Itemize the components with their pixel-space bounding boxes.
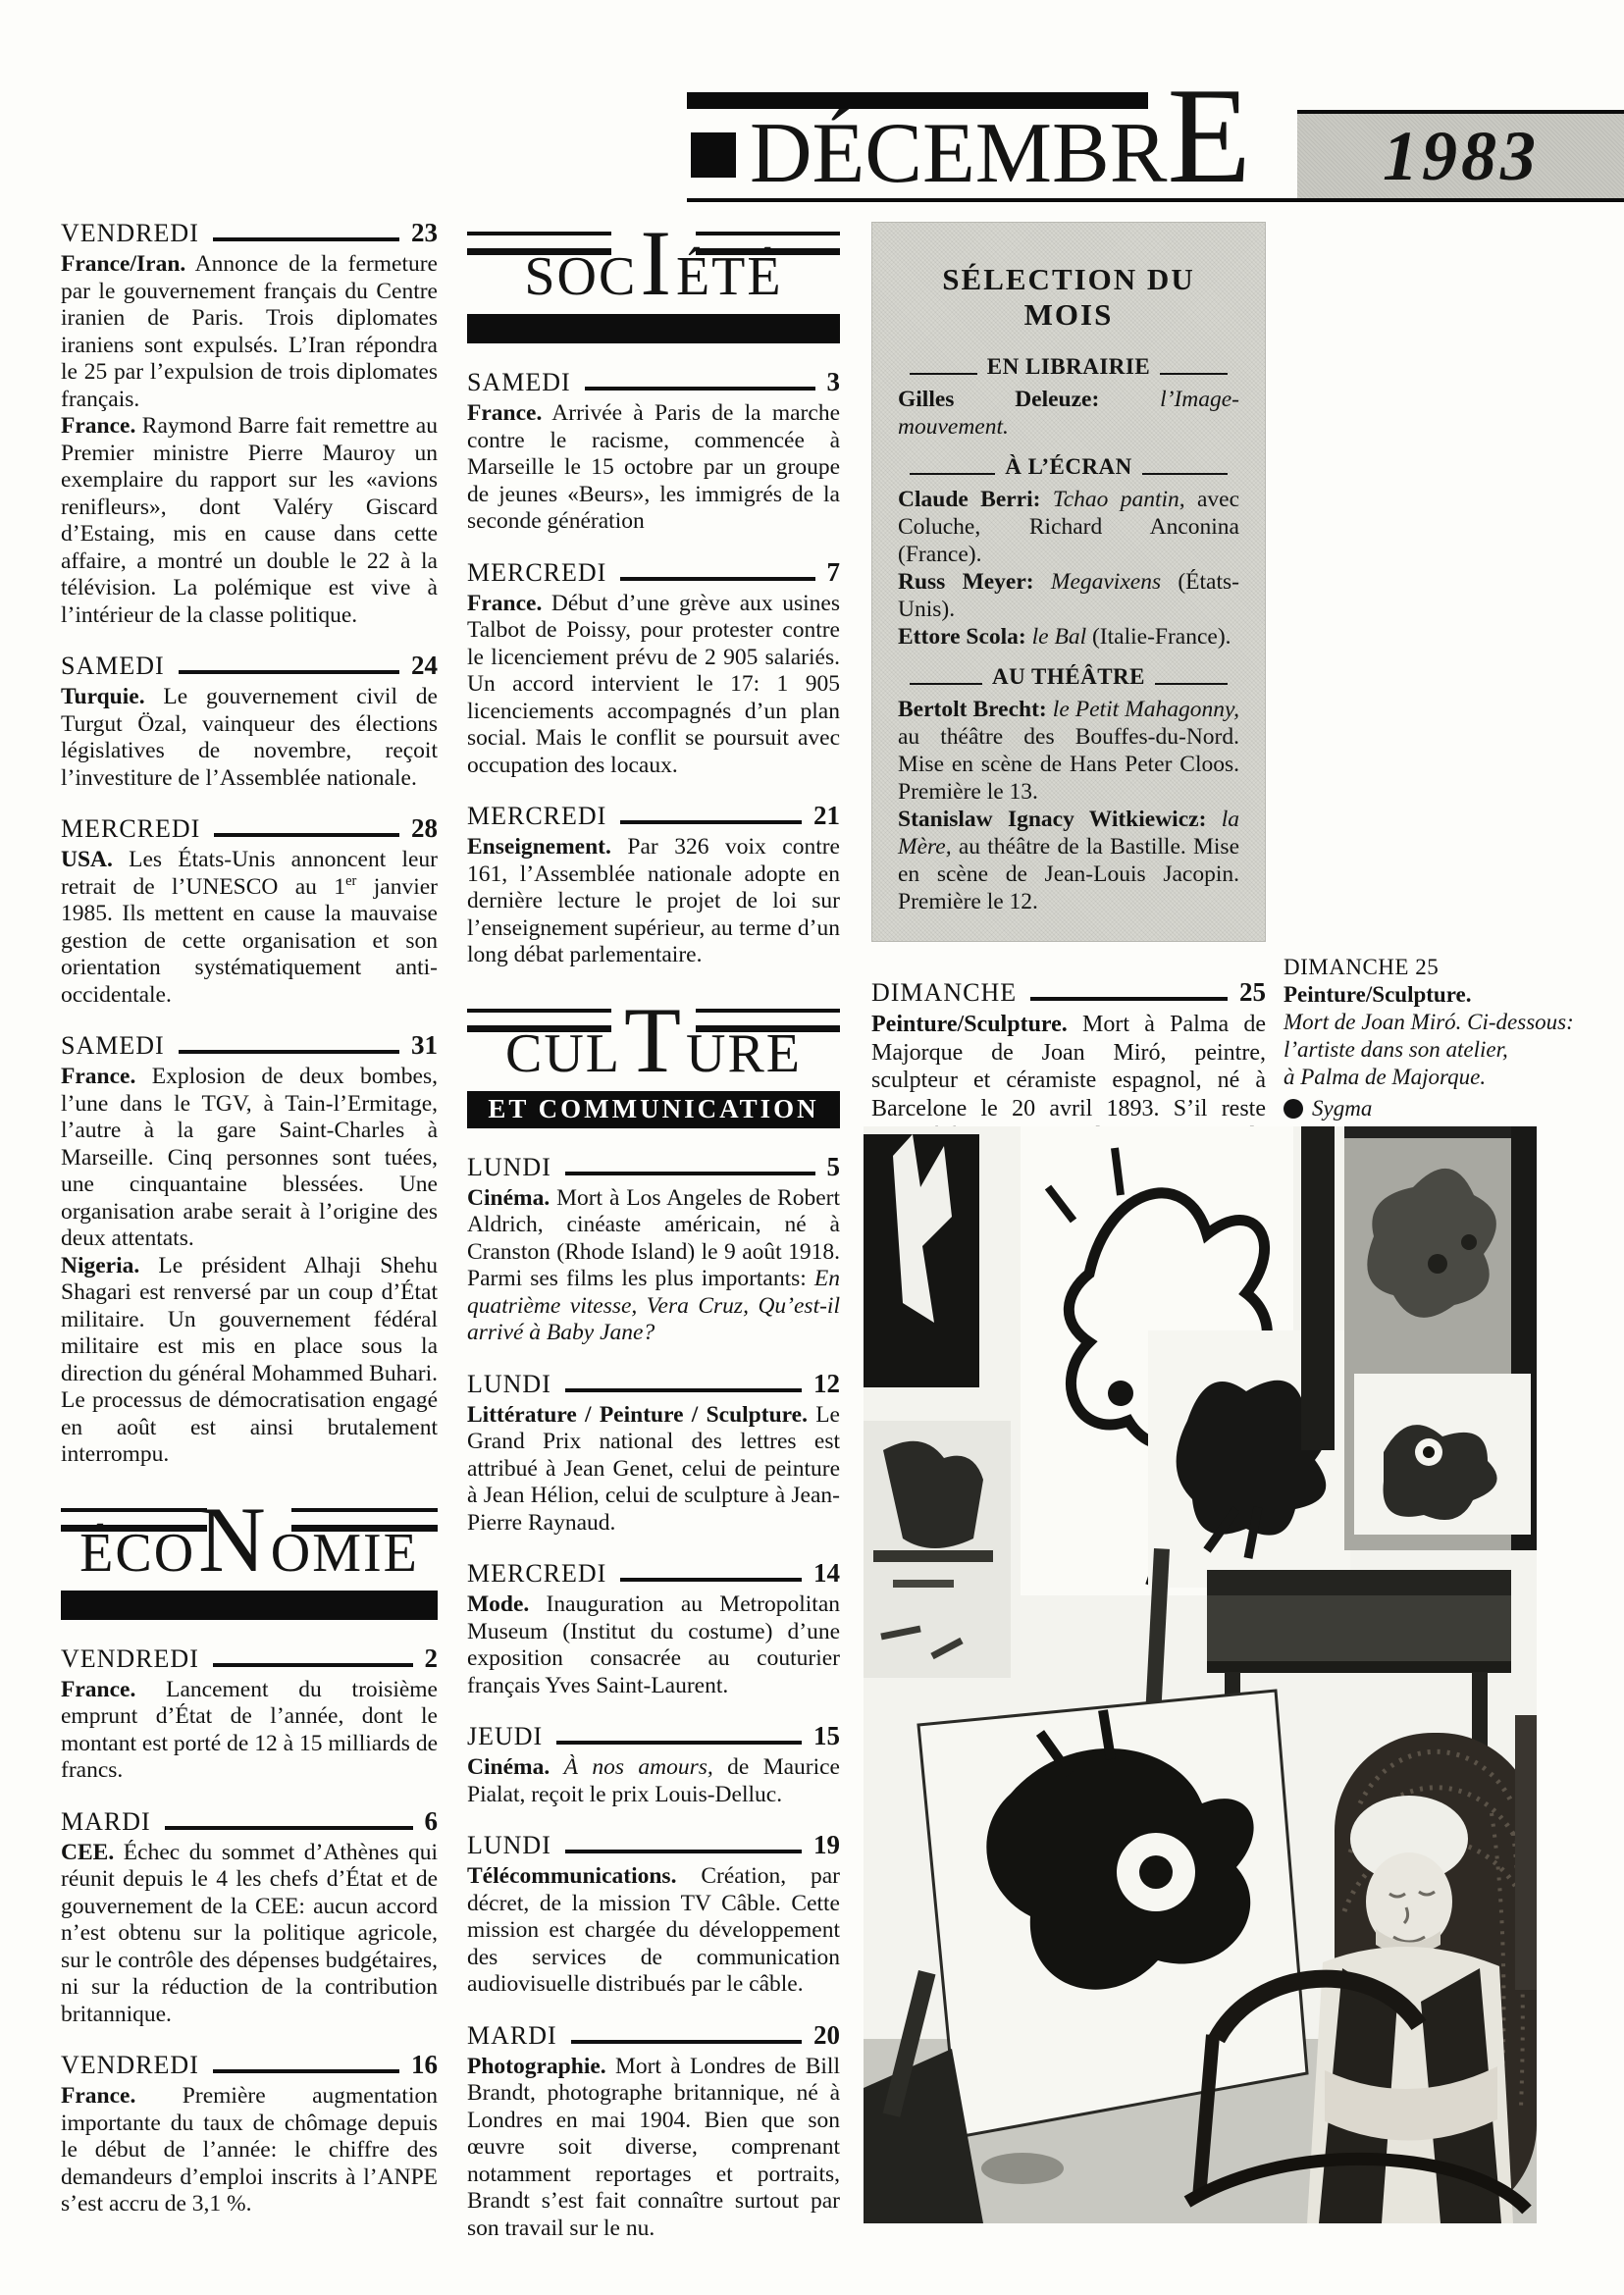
- section-header-societe: SOCIÉTÉ: [467, 222, 840, 343]
- entry-paragraph: Cinéma. Mort à Los Angeles de Robert Ald…: [467, 1185, 840, 1347]
- masthead-top-bar: [687, 92, 1148, 109]
- text-segment-bold: Cinéma.: [467, 1185, 550, 1211]
- selection-title: SÉLECTION DU MOIS: [898, 262, 1239, 333]
- entry-header: JEUDI15: [467, 1721, 840, 1751]
- section-black-bar: ET COMMUNICATION: [467, 1091, 840, 1128]
- entry-paragraph: Enseignement. Par 326 voix contre 161, l…: [467, 834, 840, 969]
- text-segment-bold: France.: [467, 591, 542, 616]
- caption-topic: Peinture/Sculpture.: [1283, 981, 1578, 1009]
- entry-mercredi-28: MERCREDI28USA. Les États-Unis annoncent …: [61, 813, 438, 1009]
- text-segment: Début d’une grève aux usines Talbot de P…: [467, 591, 840, 778]
- selection-group-heading: EN LIBRAIRIE: [900, 354, 1237, 380]
- entry-header: MERCREDI21: [467, 801, 840, 831]
- section-black-bar: [61, 1591, 438, 1620]
- selection-item: Bertolt Brecht: le Petit Mahagonny, au t…: [898, 696, 1239, 806]
- entry-day: MERCREDI: [467, 558, 606, 588]
- text-segment-bold: Claude Berri:: [898, 487, 1040, 512]
- entry-paragraph: Photographie. Mort à Londres de Bill Bra…: [467, 2054, 840, 2243]
- heading-rule-right: [1160, 373, 1228, 375]
- entry-number: 5: [827, 1152, 841, 1182]
- text-segment: Explosion de deux bombes, l’une dans le …: [61, 1064, 438, 1251]
- entry-rule: [165, 1826, 413, 1830]
- selection-group-title: AU THÉÂTRE: [992, 664, 1145, 690]
- entry-paragraph: France. Explosion de deux bombes, l’une …: [61, 1064, 438, 1253]
- entry-vendredi-2: VENDREDI2France. Lancement du troisième …: [61, 1643, 438, 1785]
- text-segment-bold: Photographie.: [467, 2054, 606, 2079]
- text-segment-italic: Tchao pantin,: [1040, 487, 1184, 512]
- caption-credit: Sygma: [1283, 1095, 1578, 1122]
- entry-number: 14: [813, 1558, 840, 1589]
- rule-right: [696, 232, 840, 255]
- month-big-letter: E: [1167, 60, 1251, 212]
- text-segment-bold: Enseignement.: [467, 834, 611, 860]
- section-header-economie: ÉCONOMIE: [61, 1498, 438, 1620]
- entry-header: LUNDI19: [467, 1830, 840, 1860]
- credit-name: Sygma: [1312, 1095, 1372, 1122]
- entry-header: MERCREDI14: [467, 1558, 840, 1589]
- entry-paragraph: Turquie. Le gouvernement civil de Turgut…: [61, 684, 438, 792]
- text-segment-sup: er: [345, 873, 356, 889]
- entry-lundi-5: LUNDI5Cinéma. Mort à Los Angeles de Robe…: [467, 1152, 840, 1347]
- entry-header: SAMEDI24: [61, 651, 438, 681]
- caption-line: l’artiste dans son atelier,: [1283, 1036, 1578, 1064]
- entry-header: VENDREDI2: [61, 1643, 438, 1674]
- entry-mardi-20: MARDI20Photographie. Mort à Londres de B…: [467, 2020, 840, 2243]
- entry-rule: [585, 387, 815, 391]
- year: 1983: [1383, 116, 1540, 197]
- text-segment-italic: le Petit Mahagonny,: [1047, 697, 1239, 722]
- entry-day: VENDREDI: [61, 2051, 199, 2080]
- entry-number: 16: [411, 2050, 438, 2080]
- entry-number: 28: [411, 813, 438, 844]
- text-segment-bold: France.: [61, 413, 135, 439]
- entry-day: MERCREDI: [467, 1559, 606, 1589]
- column-middle: SOCIÉTÉSAMEDI3France. Arrivée à Paris de…: [467, 218, 840, 2242]
- text-segment-bold: France.: [61, 1677, 135, 1702]
- black-square-icon: [691, 132, 736, 178]
- entry-paragraph: Nigeria. Le président Alhaji Shehu Shaga…: [61, 1253, 438, 1469]
- selection-item: Gilles Deleuze: l’Image-mouvement.: [898, 386, 1239, 441]
- selection-item: Stanislaw Ignacy Witkiewicz: la Mère, au…: [898, 806, 1239, 915]
- entry-number: 20: [813, 2020, 840, 2051]
- entry-mercredi-21: MERCREDI21Enseignement. Par 326 voix con…: [467, 801, 840, 969]
- entry-number: 31: [411, 1030, 438, 1061]
- heading-rule-right: [1155, 683, 1228, 685]
- year-strip: 1983: [1297, 110, 1624, 198]
- entry-rule: [620, 820, 802, 824]
- text-segment: Le président Alhaji Shehu Shagari est re…: [61, 1253, 438, 1468]
- entry-number: 21: [813, 801, 840, 831]
- entry-number: 7: [827, 557, 841, 588]
- text-segment: Échec du sommet d’Athènes qui réunit dep…: [61, 1840, 438, 2027]
- entry-paragraph: Télécommunications. Création, par décret…: [467, 1863, 840, 1999]
- entry-number: 25: [1239, 977, 1266, 1008]
- section-title-big-letter: N: [195, 1487, 271, 1591]
- text-segment-bold: Littérature / Peinture / Sculpture.: [467, 1402, 808, 1428]
- entry-day: MARDI: [61, 1807, 151, 1837]
- entry-number: 19: [813, 1830, 840, 1860]
- text-segment-bold: Peinture/Sculpture.: [871, 1012, 1068, 1037]
- entry-lundi-12: LUNDI12Littérature / Peinture / Sculptur…: [467, 1369, 840, 1538]
- section-title-post: URE: [686, 1023, 802, 1084]
- entry-day: VENDREDI: [61, 1644, 199, 1674]
- entry-rule: [179, 1050, 399, 1054]
- photo-caption: DIMANCHE 25 Peinture/Sculpture. Mort de …: [1283, 954, 1578, 1122]
- entry-paragraph: France. Lancement du troisième emprunt d…: [61, 1677, 438, 1785]
- entry-header: MERCREDI7: [467, 557, 840, 588]
- entry-vendredi-23: VENDREDI23France/Iran. Annonce de la fer…: [61, 218, 438, 629]
- section-title-post: ÉTÉ: [676, 246, 783, 307]
- entry-day: SAMEDI: [61, 652, 165, 681]
- text-segment-bold: Cinéma.: [467, 1754, 550, 1780]
- entry-rule: [214, 833, 399, 837]
- entry-number: 6: [425, 1806, 439, 1837]
- entry-number: 3: [827, 367, 841, 397]
- text-segment-bold: Nigeria.: [61, 1253, 139, 1278]
- text-segment-bold: Stanislaw Ignacy Witkiewicz:: [898, 807, 1206, 832]
- entry-day: SAMEDI: [467, 368, 571, 397]
- text-segment-italic: le Bal: [1026, 624, 1086, 650]
- text-segment: au théâtre des Bouffes-du-Nord. Mise en …: [898, 724, 1239, 805]
- text-segment-bold: France/Iran.: [61, 251, 185, 277]
- text-segment-bold: France.: [61, 1064, 135, 1089]
- entry-number: 15: [813, 1721, 840, 1751]
- entry-paragraph: France. Début d’une grève aux usines Tal…: [467, 591, 840, 780]
- entry-header: DIMANCHE25: [871, 977, 1266, 1008]
- entry-day: LUNDI: [467, 1153, 551, 1182]
- entry-header: MARDI20: [467, 2020, 840, 2051]
- text-segment-bold: France.: [467, 400, 542, 426]
- text-segment-bold: Bertolt Brecht:: [898, 697, 1047, 722]
- caption-lines: Mort de Joan Miró. Ci-dessous:l’artiste …: [1283, 1009, 1578, 1091]
- entry-mardi-6: MARDI6CEE. Échec du sommet d’Athènes qui…: [61, 1806, 438, 2029]
- entry-header: LUNDI12: [467, 1369, 840, 1399]
- entry-rule: [565, 1172, 815, 1175]
- entry-paragraph: USA. Les États-Unis annoncent leur retra…: [61, 847, 438, 1009]
- entry-header: VENDREDI23: [61, 218, 438, 248]
- selection-group-title: À L’ÉCRAN: [1005, 454, 1132, 480]
- selection-item: Ettore Scola: le Bal (Italie-France).: [898, 623, 1239, 651]
- text-segment: Raymond Barre fait remettre au Premier m…: [61, 413, 438, 628]
- almanac-page-december-1983: DÉCEMBRE 1983 VENDREDI23France/Iran. Ann…: [0, 0, 1624, 2295]
- entry-mercredi-14: MERCREDI14Mode. Inauguration au Metropol…: [467, 1558, 840, 1699]
- section-title-post: OMIE: [271, 1523, 419, 1584]
- text-segment-italic: À nos amours,: [550, 1754, 713, 1780]
- rule-right: [696, 1009, 840, 1032]
- masthead: DÉCEMBRE 1983: [687, 84, 1624, 202]
- entry-rule: [571, 2040, 802, 2044]
- entry-samedi-3: SAMEDI3France. Arrivée à Paris de la mar…: [467, 367, 840, 536]
- rule-left: [467, 1009, 611, 1032]
- section-header-culture: CULTUREET COMMUNICATION: [467, 999, 840, 1128]
- entry-paragraph: France. Première augmentation importante…: [61, 2083, 438, 2218]
- entry-paragraph: France/Iran. Annonce de la fermeture par…: [61, 251, 438, 413]
- entry-rule: [213, 1663, 413, 1667]
- entry-rule: [565, 1388, 802, 1392]
- heading-rule-left: [910, 683, 982, 685]
- section-title-pre: CUL: [505, 1023, 621, 1084]
- rule-right: [291, 1508, 438, 1532]
- text-segment: Mort à Londres de Bill Brandt, photograp…: [467, 2054, 840, 2241]
- entry-lundi-19: LUNDI19Télécommunications. Création, par…: [467, 1830, 840, 1999]
- column-left: VENDREDI23France/Iran. Annonce de la fer…: [61, 218, 438, 2218]
- selection-group-heading: AU THÉÂTRE: [900, 664, 1237, 690]
- entry-rule: [213, 2069, 399, 2073]
- entry-day: LUNDI: [467, 1831, 551, 1860]
- entry-header: VENDREDI16: [61, 2050, 438, 2080]
- entry-rule: [556, 1741, 802, 1745]
- bullet-icon: [1283, 1099, 1303, 1119]
- text-segment-bold: USA.: [61, 847, 113, 872]
- entry-day: VENDREDI: [61, 219, 199, 248]
- caption-line: Mort de Joan Miró. Ci-dessous:: [1283, 1009, 1578, 1036]
- entry-day: LUNDI: [467, 1370, 551, 1399]
- entry-number: 23: [411, 218, 438, 248]
- entry-rule: [213, 237, 399, 241]
- entry-header: SAMEDI31: [61, 1030, 438, 1061]
- section-title-big-letter: I: [637, 211, 676, 315]
- section-subtitle: ET COMMUNICATION: [488, 1094, 818, 1124]
- selection-item: Russ Meyer: Megavixens (États-Unis).: [898, 568, 1239, 623]
- section-black-bar: [467, 314, 840, 343]
- caption-line: à Palma de Majorque.: [1283, 1064, 1578, 1091]
- entry-number: 12: [813, 1369, 840, 1399]
- entry-day: MARDI: [467, 2021, 557, 2051]
- heading-rule-right: [1142, 473, 1228, 475]
- text-segment-bold: CEE.: [61, 1840, 114, 1865]
- entry-header: LUNDI5: [467, 1152, 840, 1182]
- selection-group-title: EN LIBRAIRIE: [987, 354, 1150, 380]
- month-name: DÉCEMBR: [750, 106, 1167, 201]
- text-segment-bold: Turquie.: [61, 684, 145, 709]
- entry-day: MERCREDI: [467, 802, 606, 831]
- selection-item: Claude Berri: Tchao pantin, avec Coluche…: [898, 486, 1239, 568]
- entry-number: 2: [425, 1643, 439, 1674]
- entry-paragraph: France. Raymond Barre fait remettre au P…: [61, 413, 438, 629]
- text-segment-bold: France.: [61, 2083, 135, 2109]
- selection-du-mois-box: SÉLECTION DU MOISEN LIBRAIRIEGilles Dele…: [871, 222, 1266, 942]
- entry-paragraph: Cinéma. À nos amours, de Maurice Pialat,…: [467, 1754, 840, 1808]
- text-segment-italic: Megavixens: [1034, 569, 1161, 595]
- text-segment-bold: Gilles Deleuze:: [898, 387, 1099, 412]
- text-segment: (Italie-France).: [1086, 624, 1231, 650]
- masthead-month-block: DÉCEMBRE: [687, 84, 1297, 198]
- text-segment-bold: Ettore Scola:: [898, 624, 1026, 650]
- entry-vendredi-16: VENDREDI16France. Première augmentation …: [61, 2050, 438, 2218]
- entry-rule: [620, 1578, 802, 1582]
- text-segment-bold: Télécommunications.: [467, 1863, 676, 1889]
- entry-rule: [179, 670, 399, 674]
- entry-number: 24: [411, 651, 438, 681]
- entry-samedi-24: SAMEDI24Turquie. Le gouvernement civil d…: [61, 651, 438, 792]
- entry-day: JEUDI: [467, 1722, 543, 1751]
- entry-samedi-31: SAMEDI31France. Explosion de deux bombes…: [61, 1030, 438, 1469]
- entry-jeudi-15: JEUDI15Cinéma. À nos amours, de Maurice …: [467, 1721, 840, 1808]
- entry-day: SAMEDI: [61, 1031, 165, 1061]
- text-segment-bold: Russ Meyer:: [898, 569, 1034, 595]
- entry-day: DIMANCHE: [871, 978, 1017, 1008]
- rule-left: [61, 1508, 207, 1532]
- section-title-pre: SOC: [524, 246, 637, 307]
- entry-paragraph: Mode. Inauguration au Metropolitan Museu…: [467, 1591, 840, 1699]
- entry-day: MERCREDI: [61, 814, 200, 844]
- section-title-big-letter: T: [621, 988, 686, 1092]
- miro-studio-photo: [864, 1126, 1537, 2223]
- section-title-pre: ÉCO: [79, 1523, 195, 1584]
- heading-rule-left: [910, 473, 995, 475]
- caption-day: DIMANCHE 25: [1283, 954, 1578, 981]
- entry-paragraph: Littérature / Peinture / Sculpture. Le G…: [467, 1402, 840, 1538]
- entry-paragraph: CEE. Échec du sommet d’Athènes qui réuni…: [61, 1840, 438, 2029]
- text-segment-bold: Mode.: [467, 1591, 529, 1617]
- entry-mercredi-7: MERCREDI7France. Début d’une grève aux u…: [467, 557, 840, 780]
- entry-rule: [620, 577, 814, 581]
- entry-rule: [1030, 997, 1228, 1001]
- entry-header: SAMEDI3: [467, 367, 840, 397]
- entry-header: MARDI6: [61, 1806, 438, 1837]
- rule-left: [467, 232, 611, 255]
- heading-rule-left: [910, 373, 977, 375]
- entry-rule: [565, 1850, 802, 1853]
- entry-paragraph: France. Arrivée à Paris de la marche con…: [467, 400, 840, 536]
- selection-group-heading: À L’ÉCRAN: [900, 454, 1237, 480]
- entry-header: MERCREDI28: [61, 813, 438, 844]
